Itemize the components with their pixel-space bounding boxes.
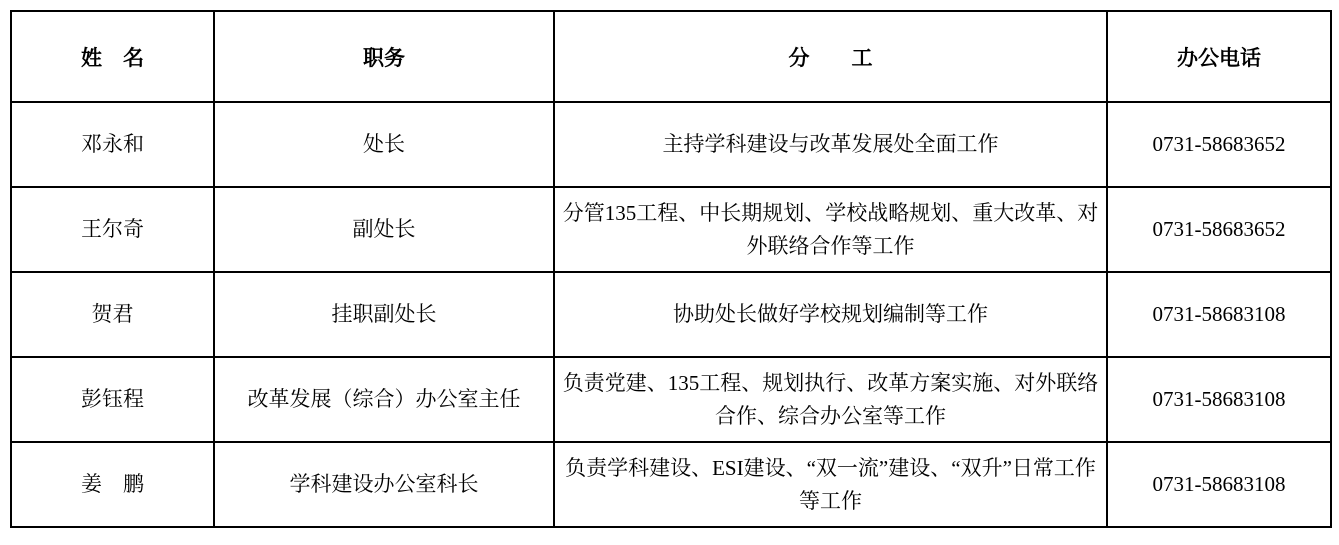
name-cell: 贺君 [11, 272, 214, 357]
title-cell: 副处长 [214, 187, 554, 272]
title-cell: 处长 [214, 102, 554, 187]
table-row: 邓永和处长主持学科建设与改革发展处全面工作0731-58683652 [11, 102, 1331, 187]
title-cell: 挂职副处长 [214, 272, 554, 357]
table-row: 姜 鹏学科建设办公室科长负责学科建设、ESI建设、“双一流”建设、“双升”日常工… [11, 442, 1331, 527]
column-header: 分 工 [554, 11, 1107, 102]
duty-cell: 负责党建、135工程、规划执行、改革方案实施、对外联络合作、综合办公室等工作 [554, 357, 1107, 442]
table-row: 彭钰程改革发展（综合）办公室主任负责党建、135工程、规划执行、改革方案实施、对… [11, 357, 1331, 442]
table-row: 贺君挂职副处长协助处长做好学校规划编制等工作0731-58683108 [11, 272, 1331, 357]
staff-table: 姓 名职务分 工办公电话 邓永和处长主持学科建设与改革发展处全面工作0731-5… [10, 10, 1332, 528]
staff-directory: 姓 名职务分 工办公电话 邓永和处长主持学科建设与改革发展处全面工作0731-5… [10, 10, 1332, 528]
phone-cell: 0731-58683652 [1107, 187, 1331, 272]
column-header: 职务 [214, 11, 554, 102]
duty-cell: 负责学科建设、ESI建设、“双一流”建设、“双升”日常工作等工作 [554, 442, 1107, 527]
phone-cell: 0731-58683108 [1107, 357, 1331, 442]
column-header: 办公电话 [1107, 11, 1331, 102]
name-cell: 邓永和 [11, 102, 214, 187]
phone-cell: 0731-58683108 [1107, 442, 1331, 527]
title-cell: 改革发展（综合）办公室主任 [214, 357, 554, 442]
name-cell: 王尔奇 [11, 187, 214, 272]
duty-cell: 分管135工程、中长期规划、学校战略规划、重大改革、对外联络合作等工作 [554, 187, 1107, 272]
duty-cell: 协助处长做好学校规划编制等工作 [554, 272, 1107, 357]
header-row: 姓 名职务分 工办公电话 [11, 11, 1331, 102]
name-cell: 姜 鹏 [11, 442, 214, 527]
column-header: 姓 名 [11, 11, 214, 102]
title-cell: 学科建设办公室科长 [214, 442, 554, 527]
table-row: 王尔奇副处长分管135工程、中长期规划、学校战略规划、重大改革、对外联络合作等工… [11, 187, 1331, 272]
phone-cell: 0731-58683652 [1107, 102, 1331, 187]
table-body: 邓永和处长主持学科建设与改革发展处全面工作0731-58683652王尔奇副处长… [11, 102, 1331, 527]
name-cell: 彭钰程 [11, 357, 214, 442]
duty-cell: 主持学科建设与改革发展处全面工作 [554, 102, 1107, 187]
phone-cell: 0731-58683108 [1107, 272, 1331, 357]
